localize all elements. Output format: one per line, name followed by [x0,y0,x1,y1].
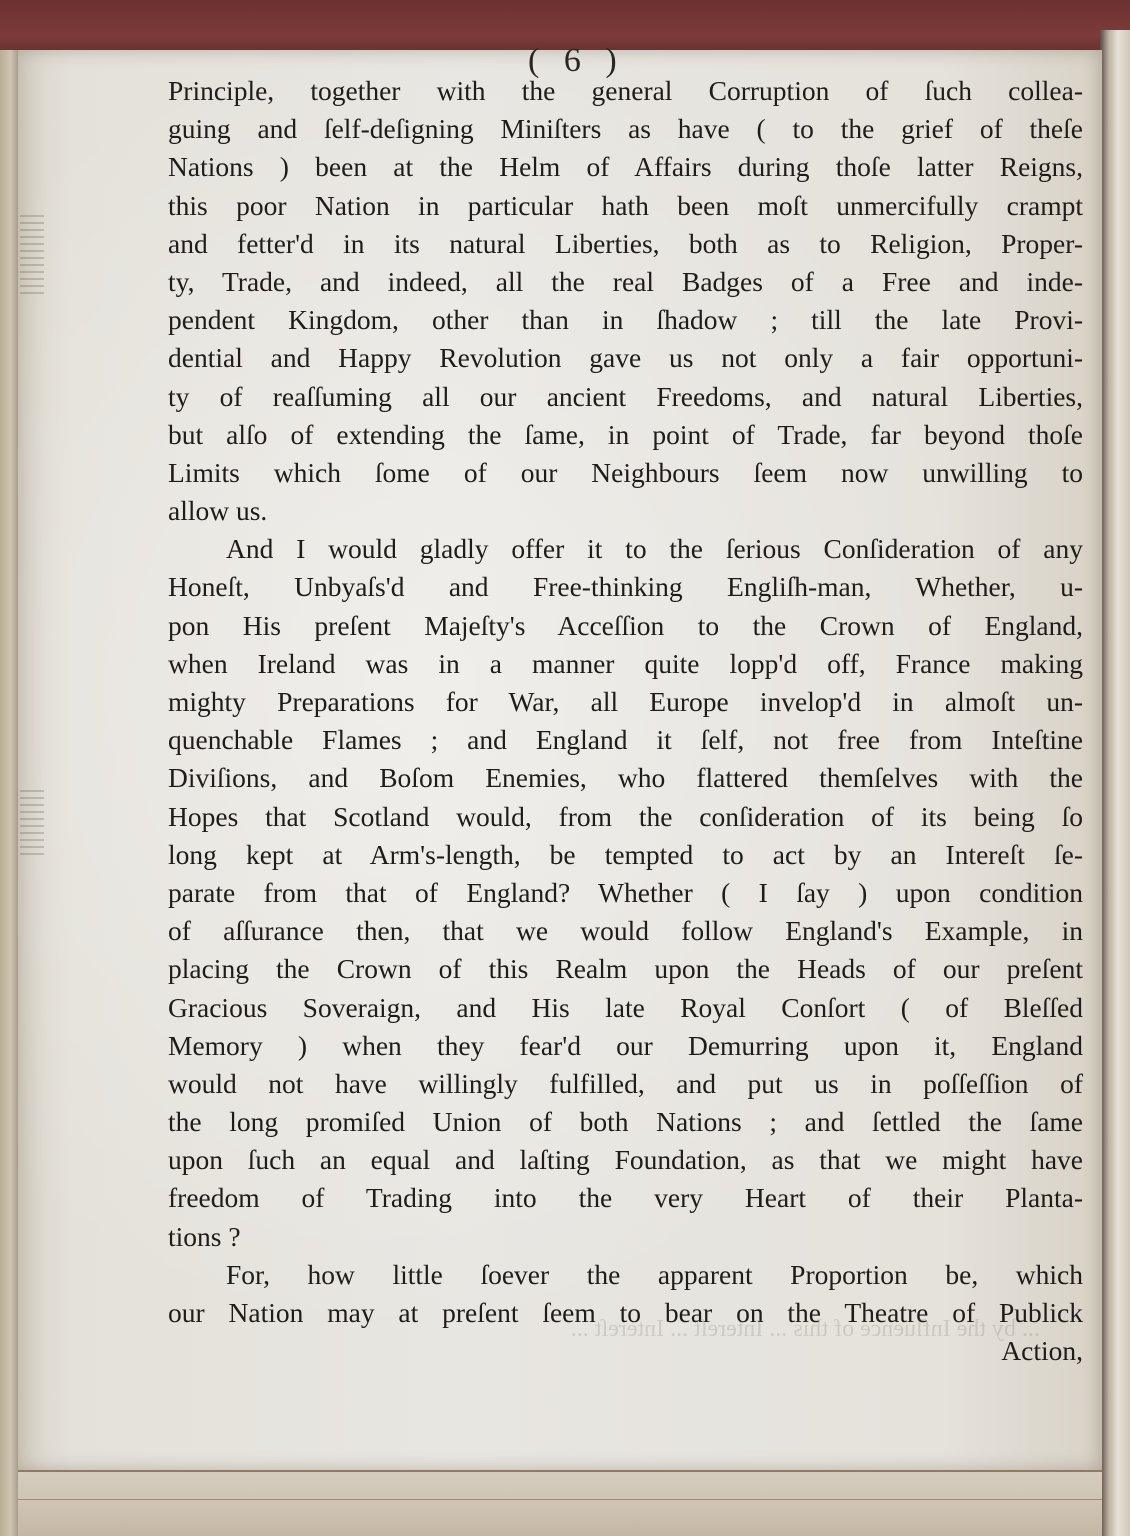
text-line: would not have willingly fulfilled, and … [168,1065,1083,1103]
text-line: when Ireland was in a manner quite lopp'… [168,645,1083,683]
text-line: parate from that of England? Whether ( I… [168,874,1083,912]
text-line: long kept at Arm's-length, be tempted to… [168,836,1083,874]
text-line: pendent Kingdom, other than in ſhadow ; … [168,301,1083,339]
text-line: Honeſt, Unbyaſs'd and Free-thinking Engl… [168,568,1083,606]
text-line: mighty Preparations for War, all Europe … [168,683,1083,721]
text-line: quenchable Flames ; and England it ſelf,… [168,721,1083,759]
text-line: Gracious Soveraign, and His late Royal C… [168,989,1083,1027]
text-line: placing the Crown of this Realm upon the… [168,950,1083,988]
paragraph-start: And I would gladly offer it to the ſerio… [168,530,1083,568]
text-line: allow us. [168,492,1083,530]
margin-offset-marks [20,215,44,295]
text-line: ty, Trade, and indeed, all the real Badg… [168,263,1083,301]
bleed-through-text: ... by the Influence of this ... Intereſ… [180,1316,1040,1343]
text-line: but alſo of extending the ſame, in point… [168,416,1083,454]
text-line: of aſſurance then, that we would follow … [168,912,1083,950]
text-line: upon ſuch an equal and laſting Foundatio… [168,1141,1083,1179]
text-line: this poor Nation in particular hath been… [168,187,1083,225]
text-line: tions ? [168,1218,1083,1256]
text-line: Nations ) been at the Helm of Affairs du… [168,148,1083,186]
text-line: ty of reaſſuming all our ancient Freedom… [168,378,1083,416]
binding-edge [0,50,19,1536]
text-line: pon His preſent Majeſty's Acceſſion to t… [168,607,1083,645]
text-line: freedom of Trading into the very Heart o… [168,1179,1083,1217]
text-line: Limits which ſome of our Neighbours ſeem… [168,454,1083,492]
body-text: Principle, together with the general Cor… [168,72,1083,1370]
facing-page-edge [1100,30,1130,1536]
text-line: Principle, together with the general Cor… [168,72,1083,110]
text-line: guing and ſelf-deſigning Miniſters as ha… [168,110,1083,148]
text-line: dential and Happy Revolution gave us not… [168,339,1083,377]
text-line: Diviſions, and Boſom Enemies, who flatte… [168,759,1083,797]
text-line: Memory ) when they fear'd our Demurring … [168,1027,1083,1065]
text-line: the long promiſed Union of both Nations … [168,1103,1083,1141]
text-line: Hopes that Scotland would, from the conſ… [168,798,1083,836]
text-line: and fetter'd in its natural Liberties, b… [168,225,1083,263]
paragraph-start: For, how little ſoever the apparent Prop… [168,1256,1083,1294]
underlying-pages [18,1470,1102,1536]
margin-offset-marks [20,790,44,860]
